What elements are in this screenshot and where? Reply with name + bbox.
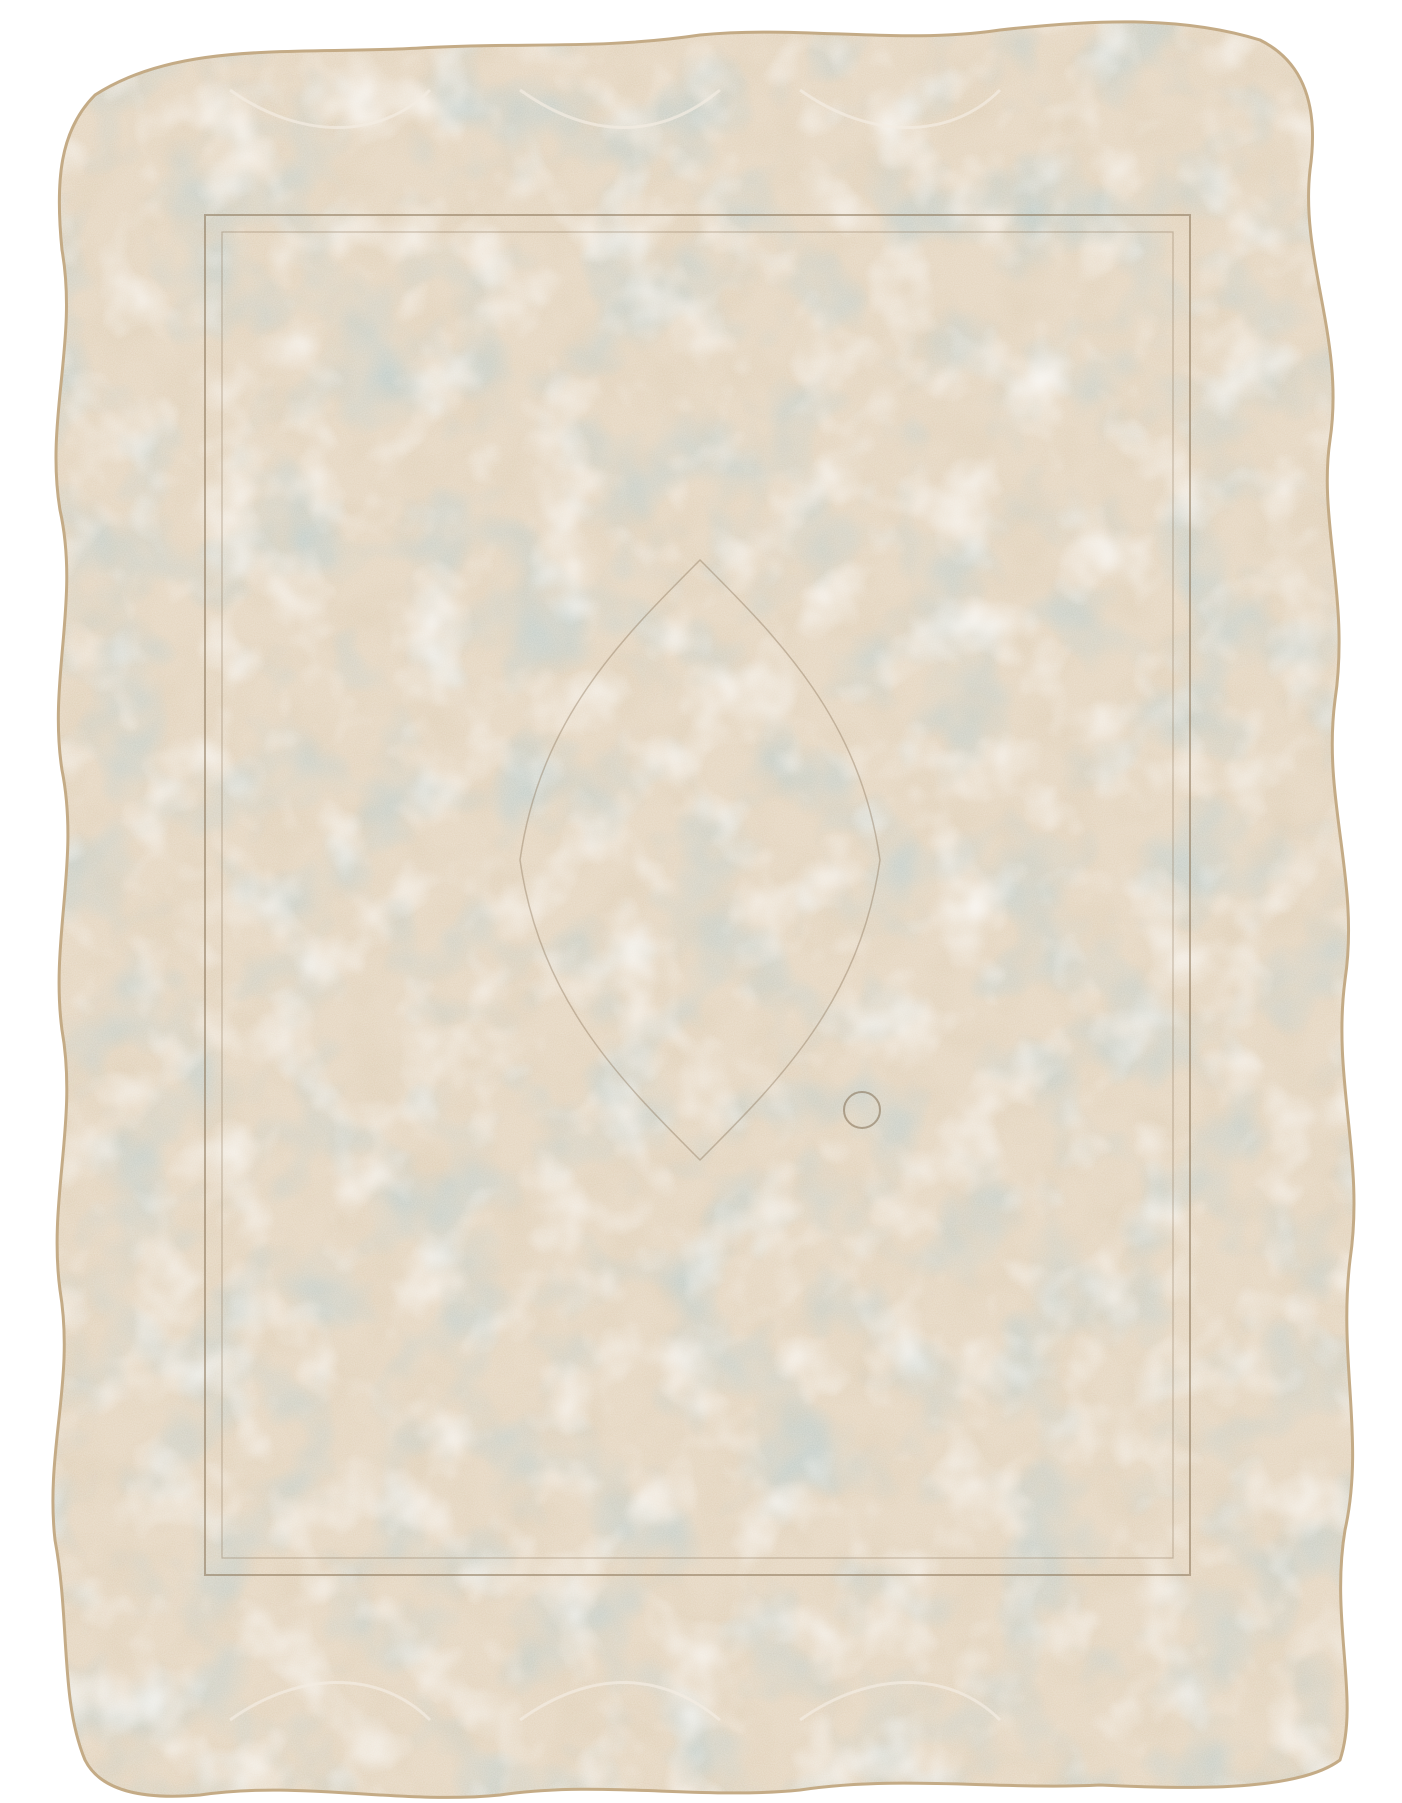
rug-illustration [0,0,1402,1803]
rug-body [0,0,1402,1803]
rug-photo [0,0,1402,1803]
